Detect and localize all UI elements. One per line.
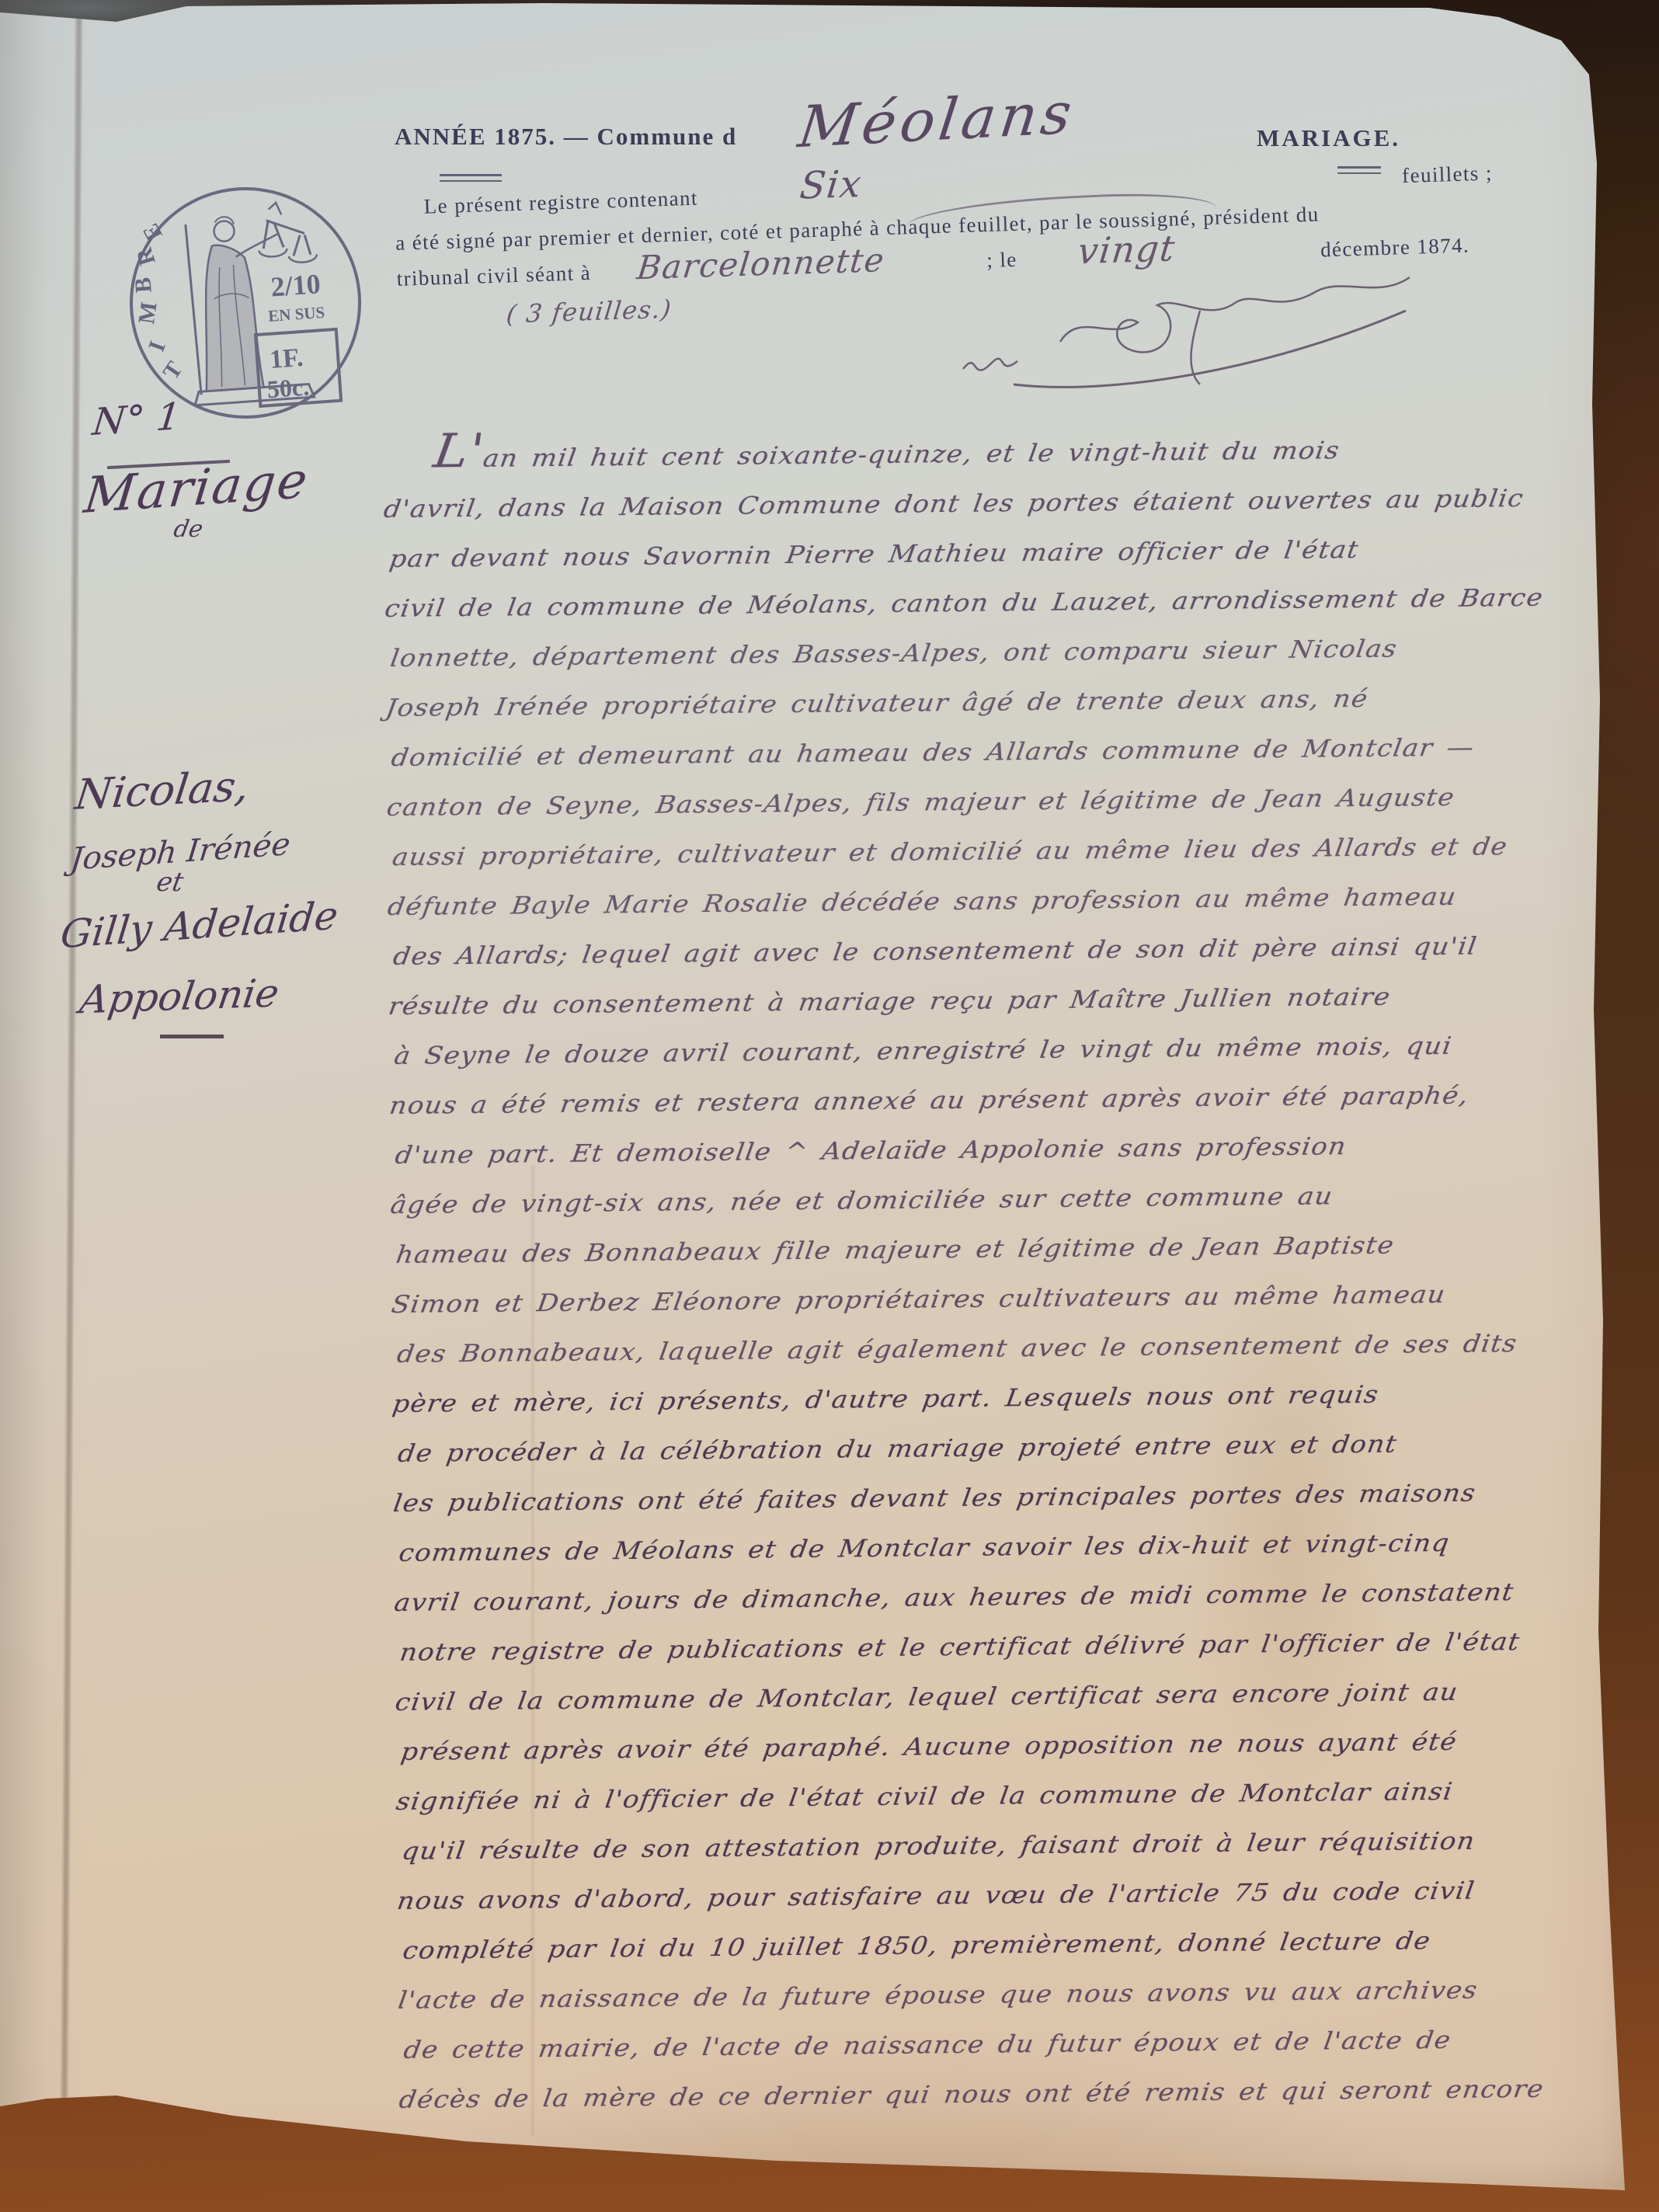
- svg-text:B: B: [130, 276, 156, 294]
- header-act-type: MARIAGE.: [1257, 124, 1400, 152]
- stamp-value-1: 1F.: [269, 343, 304, 374]
- note-tribunal-place-handwritten: Barcelonnette: [635, 241, 887, 287]
- register-page: ANNÉE 1875. — Commune d Méolans MARIAGE.…: [0, 0, 1659, 2212]
- president-signature: [944, 268, 1425, 400]
- act-body: L'an mil huit cent soixante-quinze, et l…: [384, 414, 1659, 2124]
- header-underline: [440, 174, 502, 182]
- stamp-en-sus: EN SUS: [267, 303, 325, 325]
- margin-bride-name-line1: Gilly Adelaide: [58, 893, 340, 957]
- header-year-commune: ANNÉE 1875. — Commune d: [395, 123, 737, 151]
- margin-act-number: N° 1: [90, 395, 183, 444]
- svg-text:M: M: [134, 301, 162, 326]
- note-line3-end: décembre 1874.: [1320, 233, 1470, 262]
- note-line1-end: feuillets ;: [1402, 161, 1494, 188]
- note-feuilles-count: ( 3 feuilles.): [505, 294, 673, 329]
- margin-act-type: Mariage: [82, 452, 311, 525]
- note-line1: Le présent registre contenant: [423, 186, 698, 219]
- margin-bride-name-line2: Appolonie: [77, 971, 282, 1023]
- svg-text:R: R: [131, 245, 161, 269]
- page-gutter-crease: [60, 16, 84, 2105]
- note-line3: tribunal civil séant à: [396, 261, 591, 291]
- margin-et: et: [154, 867, 186, 898]
- margin-de: de: [172, 516, 205, 543]
- justice-stamp-icon: T I M B R E 2/10 EN SUS 1F. 50c.: [114, 172, 375, 433]
- revenue-stamp: T I M B R E 2/10 EN SUS 1F. 50c.: [114, 172, 375, 433]
- stamp-fraction: 2/10: [270, 268, 322, 302]
- svg-text:I: I: [144, 338, 171, 355]
- note-feuillets-count-handwritten: Six: [798, 162, 864, 208]
- header-commune-handwritten: Méolans: [795, 80, 1079, 161]
- margin-end-dash: [160, 1035, 224, 1038]
- stamp-value-2: 50c.: [266, 373, 311, 404]
- margin-groom-name-line1: Nicolas,: [72, 761, 252, 819]
- register-photo: ANNÉE 1875. — Commune d Méolans MARIAGE.…: [0, 0, 1659, 2212]
- note-date-handwritten: vingt: [1076, 227, 1177, 272]
